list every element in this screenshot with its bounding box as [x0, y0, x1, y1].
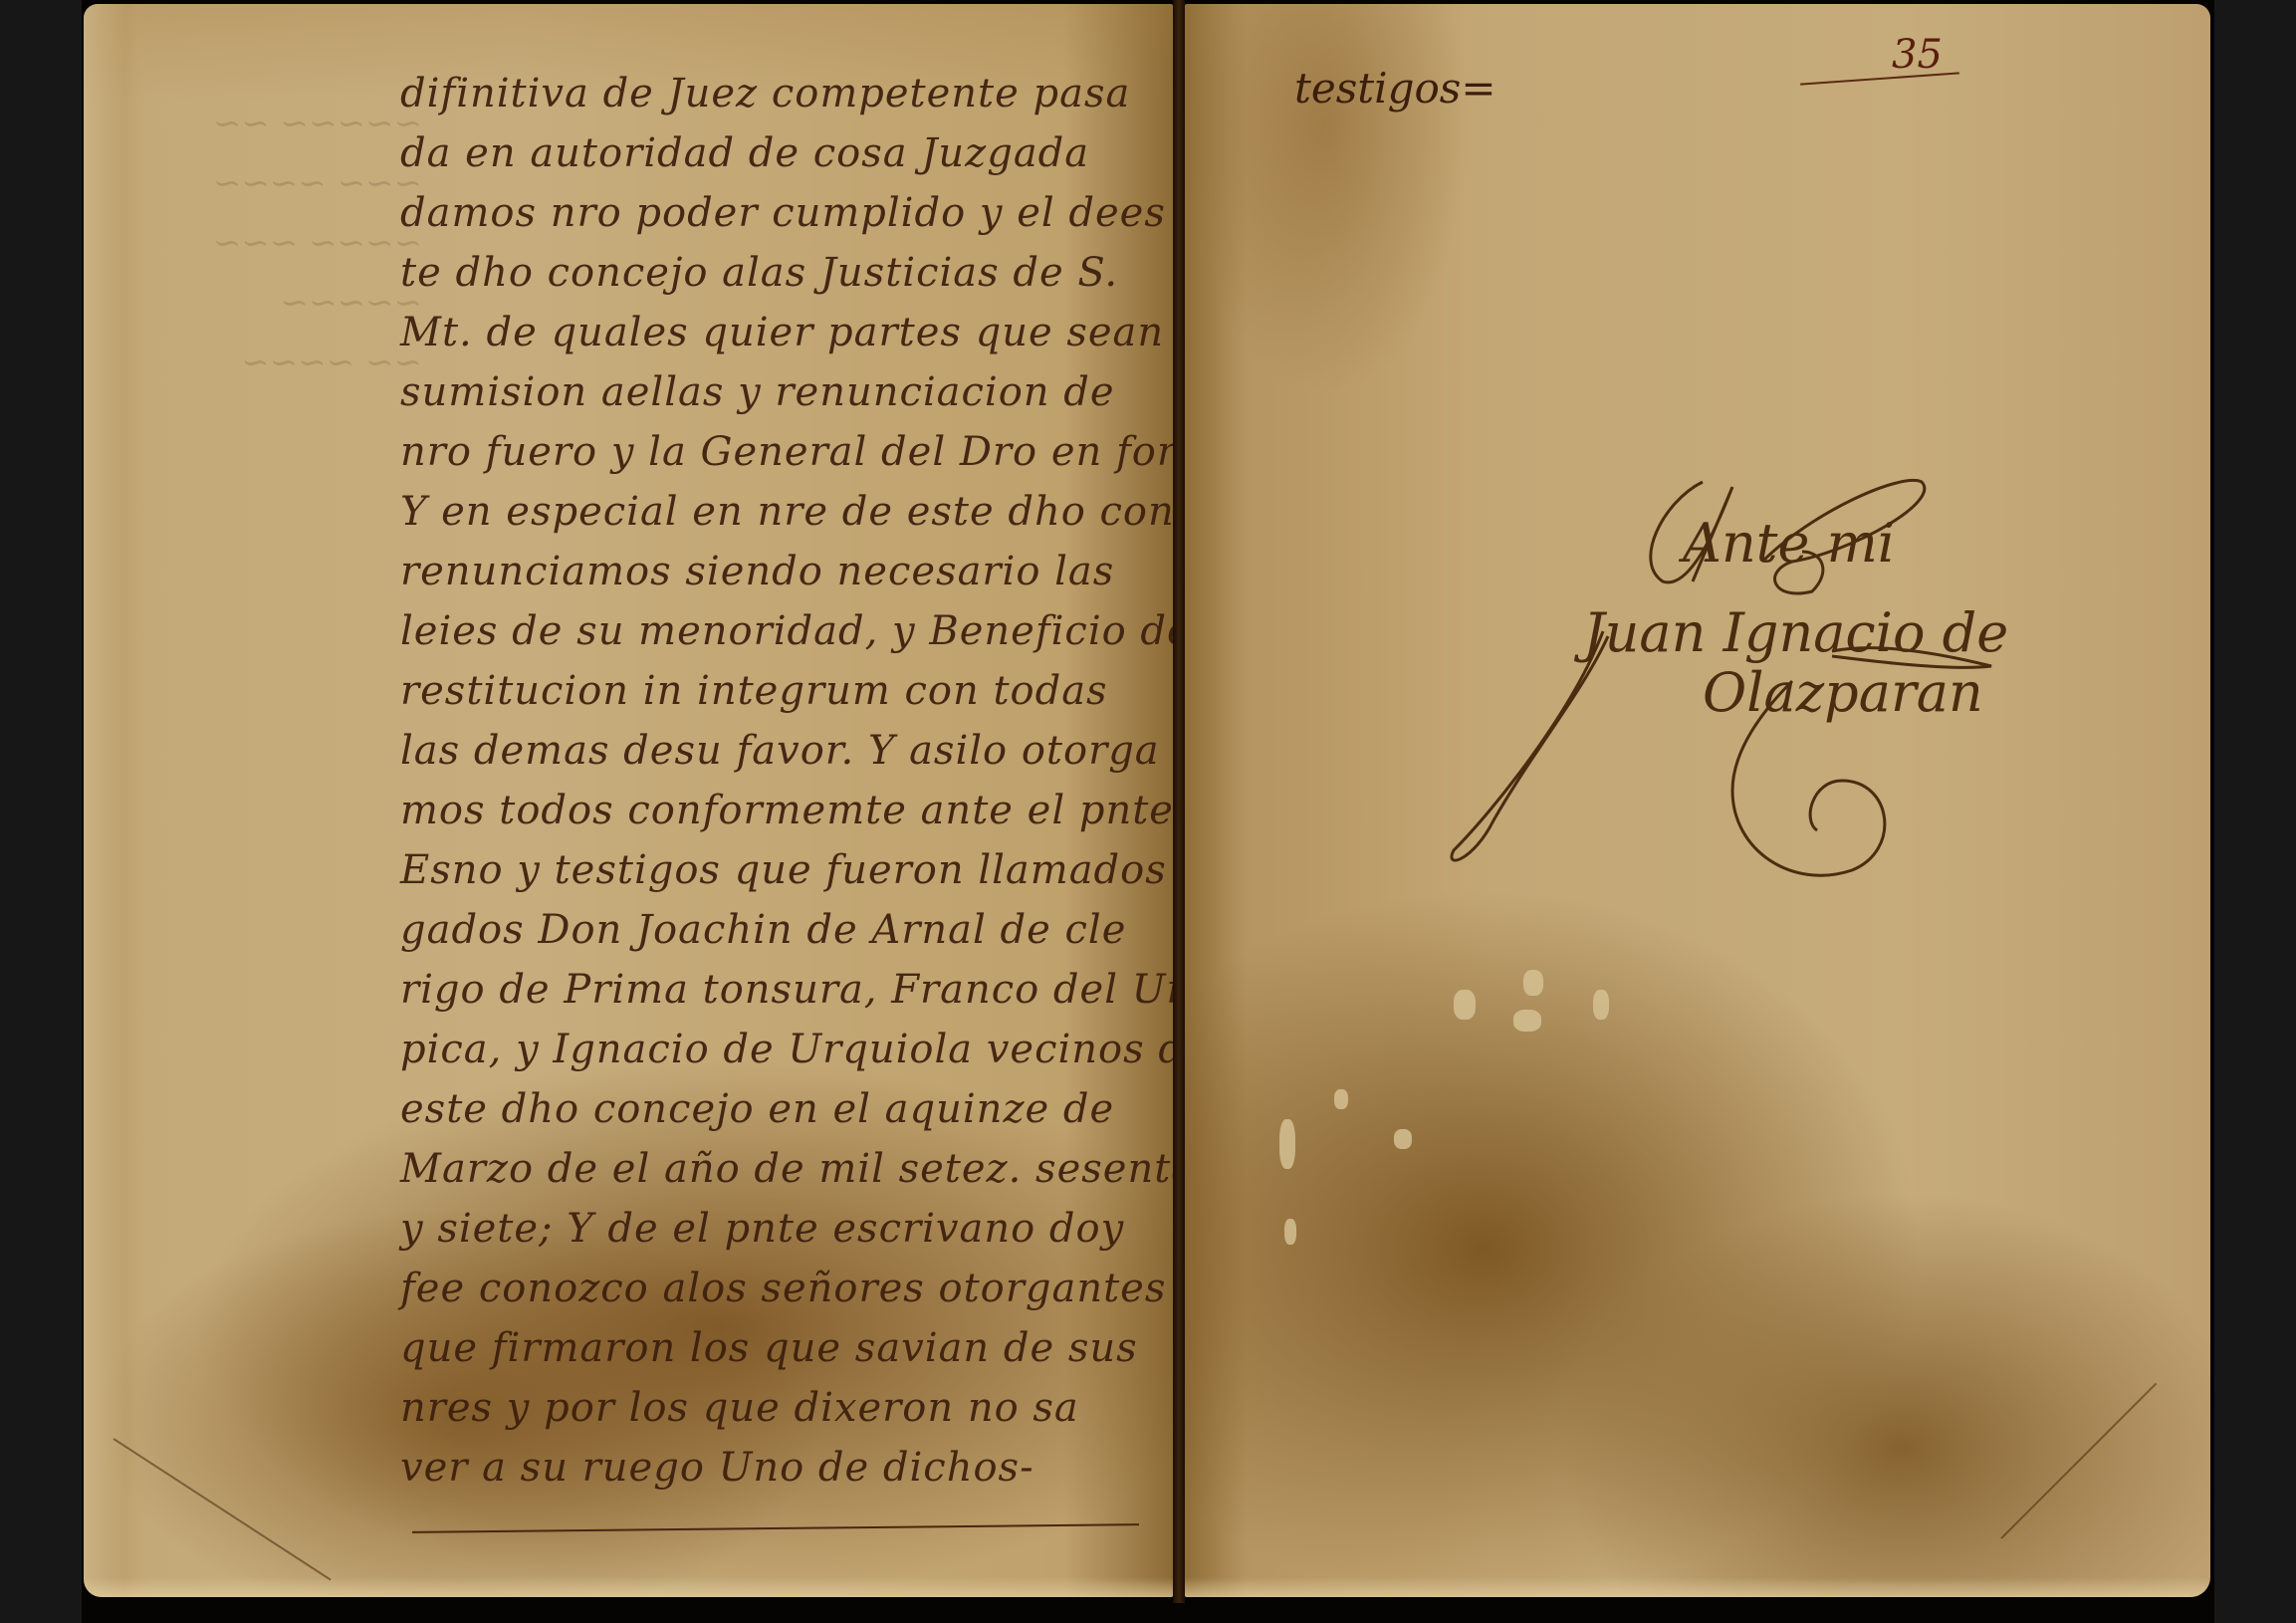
manuscript-line: nres y por los que dixeron no sa [400, 1378, 1157, 1438]
corner-fold-crease [2000, 1383, 2157, 1539]
manuscript-line: rigo de Prima tonsura, Franco del Uru [400, 960, 1157, 1020]
damage-spot [1279, 1119, 1295, 1169]
manuscript-line: sumision aellas y renunciacion de [400, 362, 1157, 422]
manuscript-line: damos nro poder cumplido y el dees [400, 183, 1157, 243]
manuscript-line: que firmaron los que savian de sus [400, 1318, 1157, 1378]
signature-line: Olazparan [1703, 661, 1983, 724]
damage-spot [1334, 1089, 1348, 1109]
folio-number: 35 [1892, 32, 1943, 78]
notary-signature: Ante mi Juan Ignacio de Olazparan [1434, 452, 2131, 910]
manuscript-line: difinitiva de Juez competente pasa [400, 64, 1157, 123]
manuscript-line: mos todos conformemte ante el pnte [400, 781, 1157, 840]
manuscript-line: y siete; Y de el pnte escrivano doy [400, 1199, 1157, 1259]
closing-rule-line [412, 1523, 1139, 1533]
manuscript-line: pica, y Ignacio de Urquiola vecinos de [400, 1020, 1157, 1079]
manuscript-line: da en autoridad de cosa Juzgada [400, 123, 1157, 183]
manuscript-line: ver a su ruego Uno de dichos- [400, 1438, 1157, 1498]
page-edge-left [84, 4, 153, 1597]
witnesses-heading: testigos= [1294, 64, 1496, 113]
bleed-through-text: ~~~~~ ~~~~~ ~~~~~~~~ ~~~~~~~~~~ ~~~~ [203, 94, 422, 392]
manuscript-line: te dho concejo alas Justicias de S. [400, 243, 1157, 303]
manuscript-line: renunciamos siendo necesario las [400, 542, 1157, 601]
manuscript-line: leies de su menoridad, y Beneficio de [400, 601, 1157, 661]
manuscript-line: fee conozco alos señores otorgantes [400, 1259, 1157, 1318]
manuscript-line: las demas desu favor. Y asilo otorga [400, 721, 1157, 781]
signature-line: Ante mi [1683, 512, 1895, 575]
damage-spot [1394, 1129, 1412, 1149]
damage-spot [1454, 990, 1476, 1020]
page-edge-bottom [84, 1577, 1173, 1597]
damage-spot [1523, 970, 1543, 996]
manuscript-line: Marzo de el año de mil setez. sesenta [400, 1139, 1157, 1199]
left-page: ~~~~~ ~~~~~ ~~~~~~~~ ~~~~~~~~~~ ~~~~ dif… [84, 4, 1173, 1597]
manuscript-line: Y en especial en nre de este dho concejo [400, 482, 1157, 542]
signature-line: Juan Ignacio de [1583, 601, 2008, 664]
manuscript-line: Esno y testigos que fueron llamados y ro [400, 840, 1157, 900]
manuscript-line: este dho concejo en el aquinze de [400, 1079, 1157, 1139]
damage-spot [1513, 1010, 1541, 1032]
manuscript-line: Mt. de quales quier partes que sean con [400, 303, 1157, 362]
manuscript-line: restitucion in integrum con todas [400, 661, 1157, 721]
damage-spot [1284, 1219, 1296, 1245]
folio-underline [1800, 72, 1959, 85]
right-page: testigos= 35 Ante mi Juan Ignacio de Ola… [1185, 4, 2210, 1597]
manuscript-line: gados Don Joachin de Arnal de cle [400, 900, 1157, 960]
damage-spot [1593, 990, 1609, 1020]
page-edge-bottom [1185, 1577, 2210, 1597]
book-gutter [1173, 0, 1185, 1603]
manuscript-text-block: difinitiva de Juez competente pasa da en… [400, 64, 1157, 1498]
manuscript-line: nro fuero y la General del Dro en forma; [400, 422, 1157, 482]
